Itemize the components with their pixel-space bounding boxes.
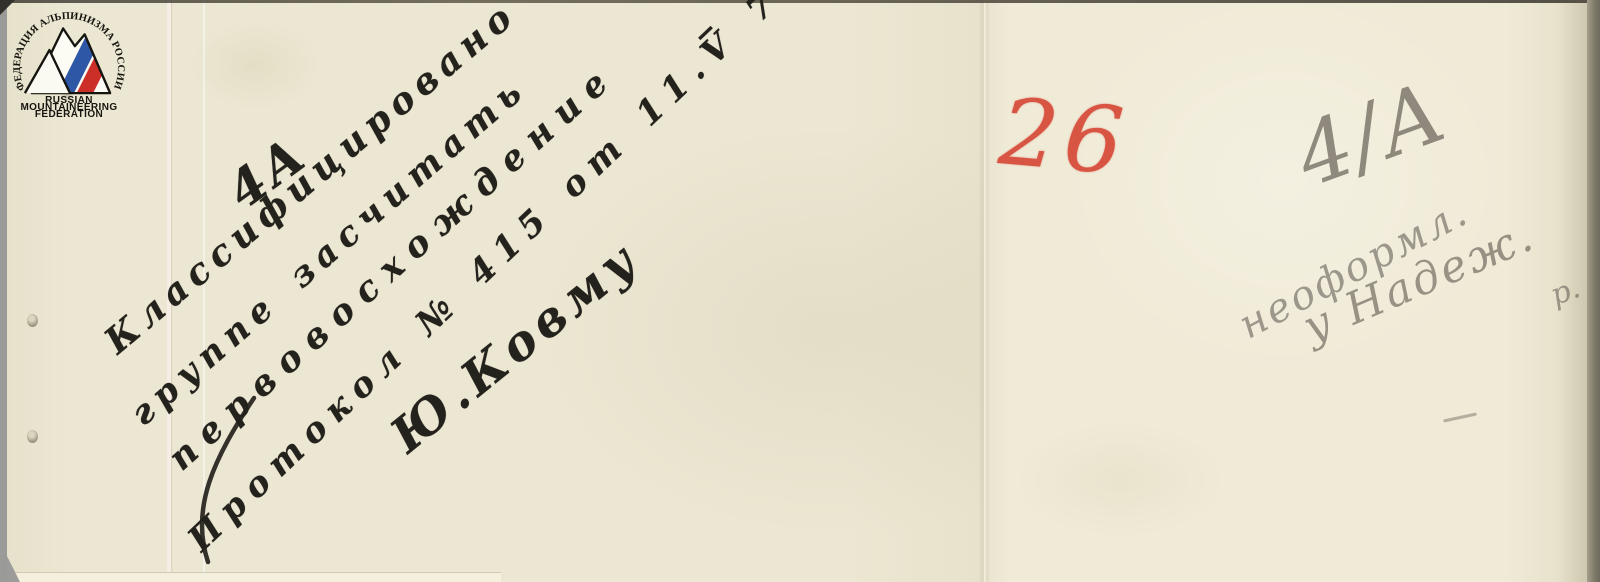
scanned-document: ФЕДЕРАЦИЯ АЛЬПИНИЗМА РОССИИ RUSSIAN MOUN…: [0, 0, 1600, 582]
scan-top-edge: [0, 0, 1600, 3]
signature-flourish-stroke: [180, 390, 300, 575]
punch-hole: [27, 430, 38, 443]
logo-emblem: ФЕДЕРАЦИЯ АЛЬПИНИЗМА РОССИИ: [10, 3, 128, 99]
scan-right-edge: [1587, 0, 1600, 582]
russian-mountaineering-federation-logo: ФЕДЕРАЦИЯ АЛЬПИНИЗМА РОССИИ RUSSIAN MOUN…: [10, 3, 128, 120]
scan-backing-wedge: [7, 556, 20, 582]
fold-crease: [978, 0, 990, 582]
punch-hole: [27, 314, 38, 327]
red-page-number: 26: [996, 86, 1133, 189]
